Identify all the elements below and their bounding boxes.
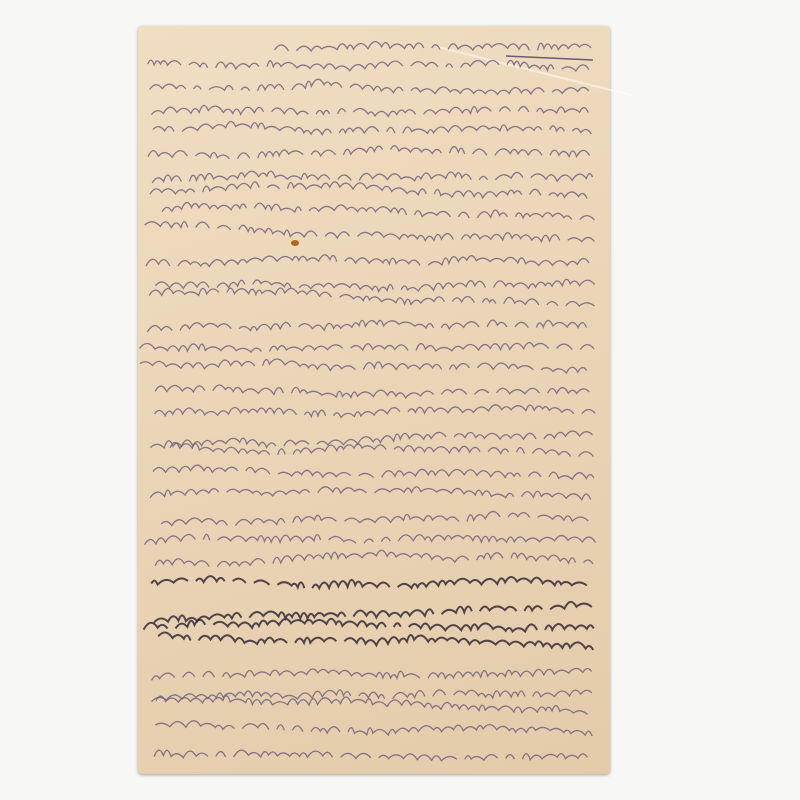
handwritten-line (150, 79, 589, 94)
handwritten-line (145, 122, 591, 135)
handwritten-line (267, 42, 592, 51)
handwritten-line (144, 619, 594, 632)
postcard (138, 26, 610, 774)
handwritten-line (145, 465, 594, 479)
handwritten-line (155, 550, 593, 566)
handwritten-line (146, 255, 589, 267)
handwritten-line (152, 690, 592, 702)
handwritten-line (154, 750, 587, 761)
handwritten-line (158, 632, 593, 650)
handwritten-line (148, 696, 588, 715)
handwritten-text (138, 26, 610, 774)
handwritten-line (145, 222, 595, 242)
handwritten-line (151, 105, 588, 116)
handwritten-line (150, 431, 592, 448)
handwritten-line (154, 405, 595, 418)
handwritten-line (140, 343, 595, 352)
handwritten-line (162, 442, 593, 456)
handwritten-line (145, 534, 596, 544)
handwritten-line (150, 182, 587, 199)
handwritten-line (147, 320, 586, 332)
handwritten-line (140, 146, 590, 159)
handwritten-line (155, 721, 592, 736)
handwritten-line (154, 602, 592, 623)
handwritten-line (154, 202, 594, 220)
handwritten-line (152, 171, 592, 183)
handwritten-line (148, 60, 589, 71)
handwritten-line (142, 487, 591, 500)
handwritten-line (155, 385, 589, 398)
handwritten-line (140, 359, 587, 373)
handwritten-line (149, 288, 594, 306)
handwritten-line (144, 668, 592, 680)
handwritten-line (153, 511, 588, 525)
handwritten-line (151, 576, 586, 588)
handwritten-line (155, 279, 594, 291)
